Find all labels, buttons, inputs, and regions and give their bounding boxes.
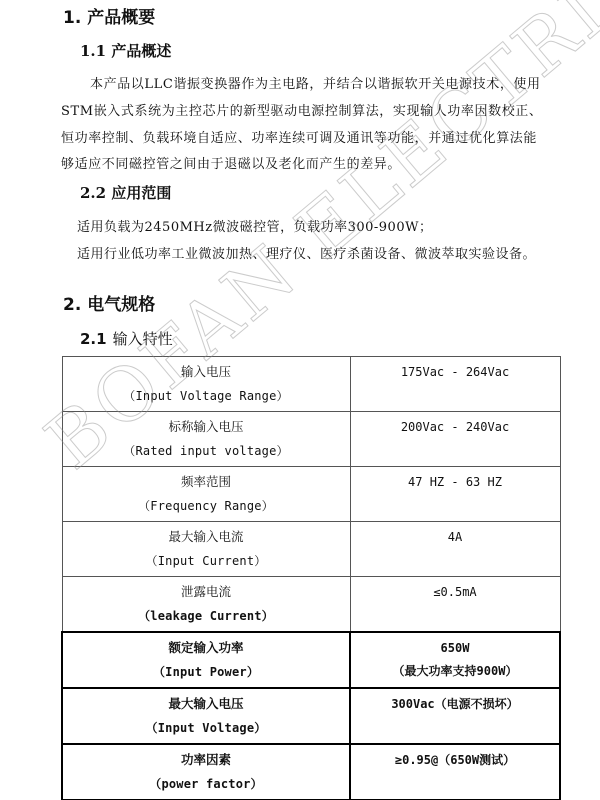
- param-name-en: （Input Voltage Range）: [63, 385, 350, 407]
- section-2-2-heading: 2.2 应用范围: [80, 182, 171, 203]
- value-cell: 47 HZ - 63 HZ: [350, 467, 560, 522]
- param-name-en: （Input Voltage）: [63, 717, 349, 739]
- table-row: 额定输入功率 （Input Power） 650W （最大功率支持900W）: [62, 632, 560, 688]
- table-row: 最大输入电压 （Input Voltage） 300Vac（电源不损坏）: [62, 688, 560, 744]
- overview-paragraph-line-3: 恒功率控制、负载环境自适应、功率连续可调及通讯等功能，并通过优化算法能: [61, 127, 537, 146]
- param-name-en: （leakage Current）: [63, 605, 350, 627]
- value-cell: 650W （最大功率支持900W）: [350, 632, 560, 688]
- param-cell: 最大输入电压 （Input Voltage）: [62, 688, 350, 744]
- param-cell: 功率因素 （power factor）: [62, 744, 350, 800]
- param-name-en: （Frequency Range）: [63, 495, 350, 517]
- value-cell: 175Vac - 264Vac: [350, 357, 560, 412]
- value-cell: ≥0.95@（650W测试）: [350, 744, 560, 800]
- param-name-en: （power factor）: [63, 773, 349, 795]
- param-value-note: （最大功率支持900W）: [351, 657, 559, 679]
- param-name-en: （Input Current）: [63, 550, 350, 572]
- input-characteristics-table: 输入电压 （Input Voltage Range） 175Vac - 264V…: [61, 356, 561, 800]
- param-value: ≤0.5mA: [351, 577, 560, 601]
- table-row: 输入电压 （Input Voltage Range） 175Vac - 264V…: [62, 357, 560, 412]
- section-2-1-title: 输入特性: [113, 330, 173, 348]
- param-name-cn: 功率因素: [63, 745, 349, 773]
- table-row: 功率因素 （power factor） ≥0.95@（650W测试）: [62, 744, 560, 800]
- param-name-cn: 频率范围: [63, 467, 350, 495]
- param-value: 200Vac - 240Vac: [351, 412, 560, 436]
- param-value: 650W: [351, 633, 559, 657]
- value-cell: ≤0.5mA: [350, 577, 560, 633]
- value-cell: 200Vac - 240Vac: [350, 412, 560, 467]
- section-2-1-number: 2.1: [80, 330, 107, 348]
- overview-paragraph-line-4: 够适应不同磁控管之间由于退磁以及老化而产生的差异。: [61, 153, 401, 172]
- table-row: 标称输入电压 （Rated input voltage） 200Vac - 24…: [62, 412, 560, 467]
- table-row: 泄露电流 （leakage Current） ≤0.5mA: [62, 577, 560, 633]
- param-value: 47 HZ - 63 HZ: [351, 467, 560, 491]
- param-name-en: （Input Power）: [63, 661, 349, 683]
- section-2-1-heading: 2.1输入特性: [80, 328, 173, 349]
- param-name-cn: 最大输入电流: [63, 522, 350, 550]
- param-name-en: （Rated input voltage）: [63, 440, 350, 462]
- param-cell: 额定输入功率 （Input Power）: [62, 632, 350, 688]
- table-row: 频率范围 （Frequency Range） 47 HZ - 63 HZ: [62, 467, 560, 522]
- param-cell: 泄露电流 （leakage Current）: [62, 577, 350, 633]
- param-value: 4A: [351, 522, 560, 546]
- application-line-2: 适用行业低功率工业微波加热、理疗仪、医疗杀菌设备、微波萃取实验设备。: [77, 243, 536, 262]
- param-cell: 输入电压 （Input Voltage Range）: [62, 357, 350, 412]
- param-value: 300Vac（电源不损坏）: [351, 689, 559, 713]
- param-name-cn: 泄露电流: [63, 577, 350, 605]
- param-cell: 最大输入电流 （Input Current）: [62, 522, 350, 577]
- overview-paragraph-line-1: 本产品以LLC谐振变换器作为主电路，并结合以谐振软开关电源技术，使用: [90, 73, 541, 92]
- param-cell: 标称输入电压 （Rated input voltage）: [62, 412, 350, 467]
- value-cell: 300Vac（电源不损坏）: [350, 688, 560, 744]
- param-name-cn: 额定输入功率: [63, 633, 349, 661]
- value-cell: 4A: [350, 522, 560, 577]
- section-1-heading: 1. 产品概要: [63, 3, 155, 28]
- param-name-cn: 标称输入电压: [63, 412, 350, 440]
- param-name-cn: 最大输入电压: [63, 689, 349, 717]
- table-row: 最大输入电流 （Input Current） 4A: [62, 522, 560, 577]
- section-2-heading: 2. 电气规格: [63, 290, 155, 315]
- param-cell: 频率范围 （Frequency Range）: [62, 467, 350, 522]
- param-value: ≥0.95@（650W测试）: [351, 745, 559, 769]
- param-value: 175Vac - 264Vac: [351, 357, 560, 381]
- section-1-1-heading: 1.1 产品概述: [80, 40, 171, 61]
- param-name-cn: 输入电压: [63, 357, 350, 385]
- application-line-1: 适用负载为2450MHz微波磁控管，负载功率300-900W；: [77, 216, 432, 235]
- overview-paragraph-line-2: STM嵌入式系统为主控芯片的新型驱动电源控制算法，实现输人功率因数校正、: [61, 100, 543, 119]
